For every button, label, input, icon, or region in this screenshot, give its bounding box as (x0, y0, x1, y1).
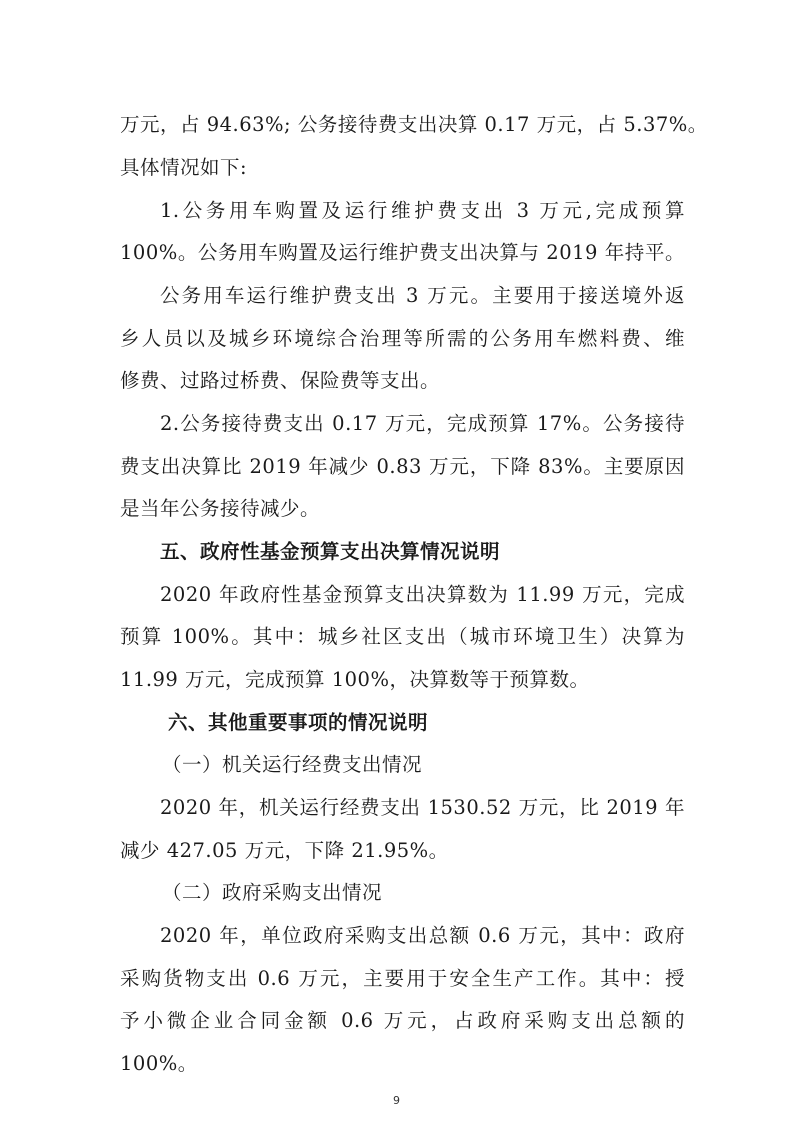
text-line: 2020 年，单位政府采购支出总额 0.6 万元，其中：政府 (160, 923, 685, 949)
text-line: 2.公务接待费支出 0.17 万元，完成预算 17%。公务接待 (160, 411, 685, 437)
subsection-heading: （一）机关运行经费支出情况 (162, 752, 687, 778)
subsection-heading: （二）政府采购支出情况 (162, 880, 687, 906)
text-line: 修费、过路过桥费、保险费等支出。 (120, 368, 685, 394)
text-line: 公务用车运行维护费支出 3 万元。主要用于接送境外返 (160, 283, 685, 309)
text-line: 乡人员以及城乡环境综合治理等所需的公务用车燃料费、维 (120, 326, 685, 352)
section-heading: 六、其他重要事项的情况说明 (168, 710, 693, 736)
text-line: 11.99 万元，完成预算 100%，决算数等于预算数。 (120, 667, 685, 693)
document-page: 万元，占 94.63%; 公务接待费支出决算 0.17 万元，占 5.37%。 … (0, 0, 793, 1122)
text-line: 预算 100%。其中：城乡社区支出（城市环境卫生）决算为 (120, 624, 685, 650)
text-line: 是当年公务接待减少。 (120, 496, 685, 522)
text-line: 1.公务用车购置及运行维护费支出 3 万元,完成预算 (160, 198, 685, 224)
text-line: 100%。公务用车购置及运行维护费支出决算与 2019 年持平。 (120, 240, 685, 266)
text-line: 费支出决算比 2019 年减少 0.83 万元，下降 83%。主要原因 (120, 454, 685, 480)
text-line: 予小微企业合同金额 0.6 万元，占政府采购支出总额的 (120, 1008, 685, 1034)
section-heading: 五、政府性基金预算支出决算情况说明 (160, 539, 685, 565)
text-line: 100%。 (120, 1051, 685, 1077)
page-number: 9 (0, 1094, 793, 1107)
text-line: 万元，占 94.63%; 公务接待费支出决算 0.17 万元，占 5.37%。 (120, 112, 685, 138)
text-line: 减少 427.05 万元，下降 21.95%。 (120, 838, 685, 864)
text-line: 2020 年，机关运行经费支出 1530.52 万元，比 2019 年 (160, 795, 685, 821)
text-line: 采购货物支出 0.6 万元，主要用于安全生产工作。其中：授 (120, 966, 685, 992)
text-line: 具体情况如下: (120, 155, 685, 181)
text-line: 2020 年政府性基金预算支出决算数为 11.99 万元，完成 (160, 582, 685, 608)
